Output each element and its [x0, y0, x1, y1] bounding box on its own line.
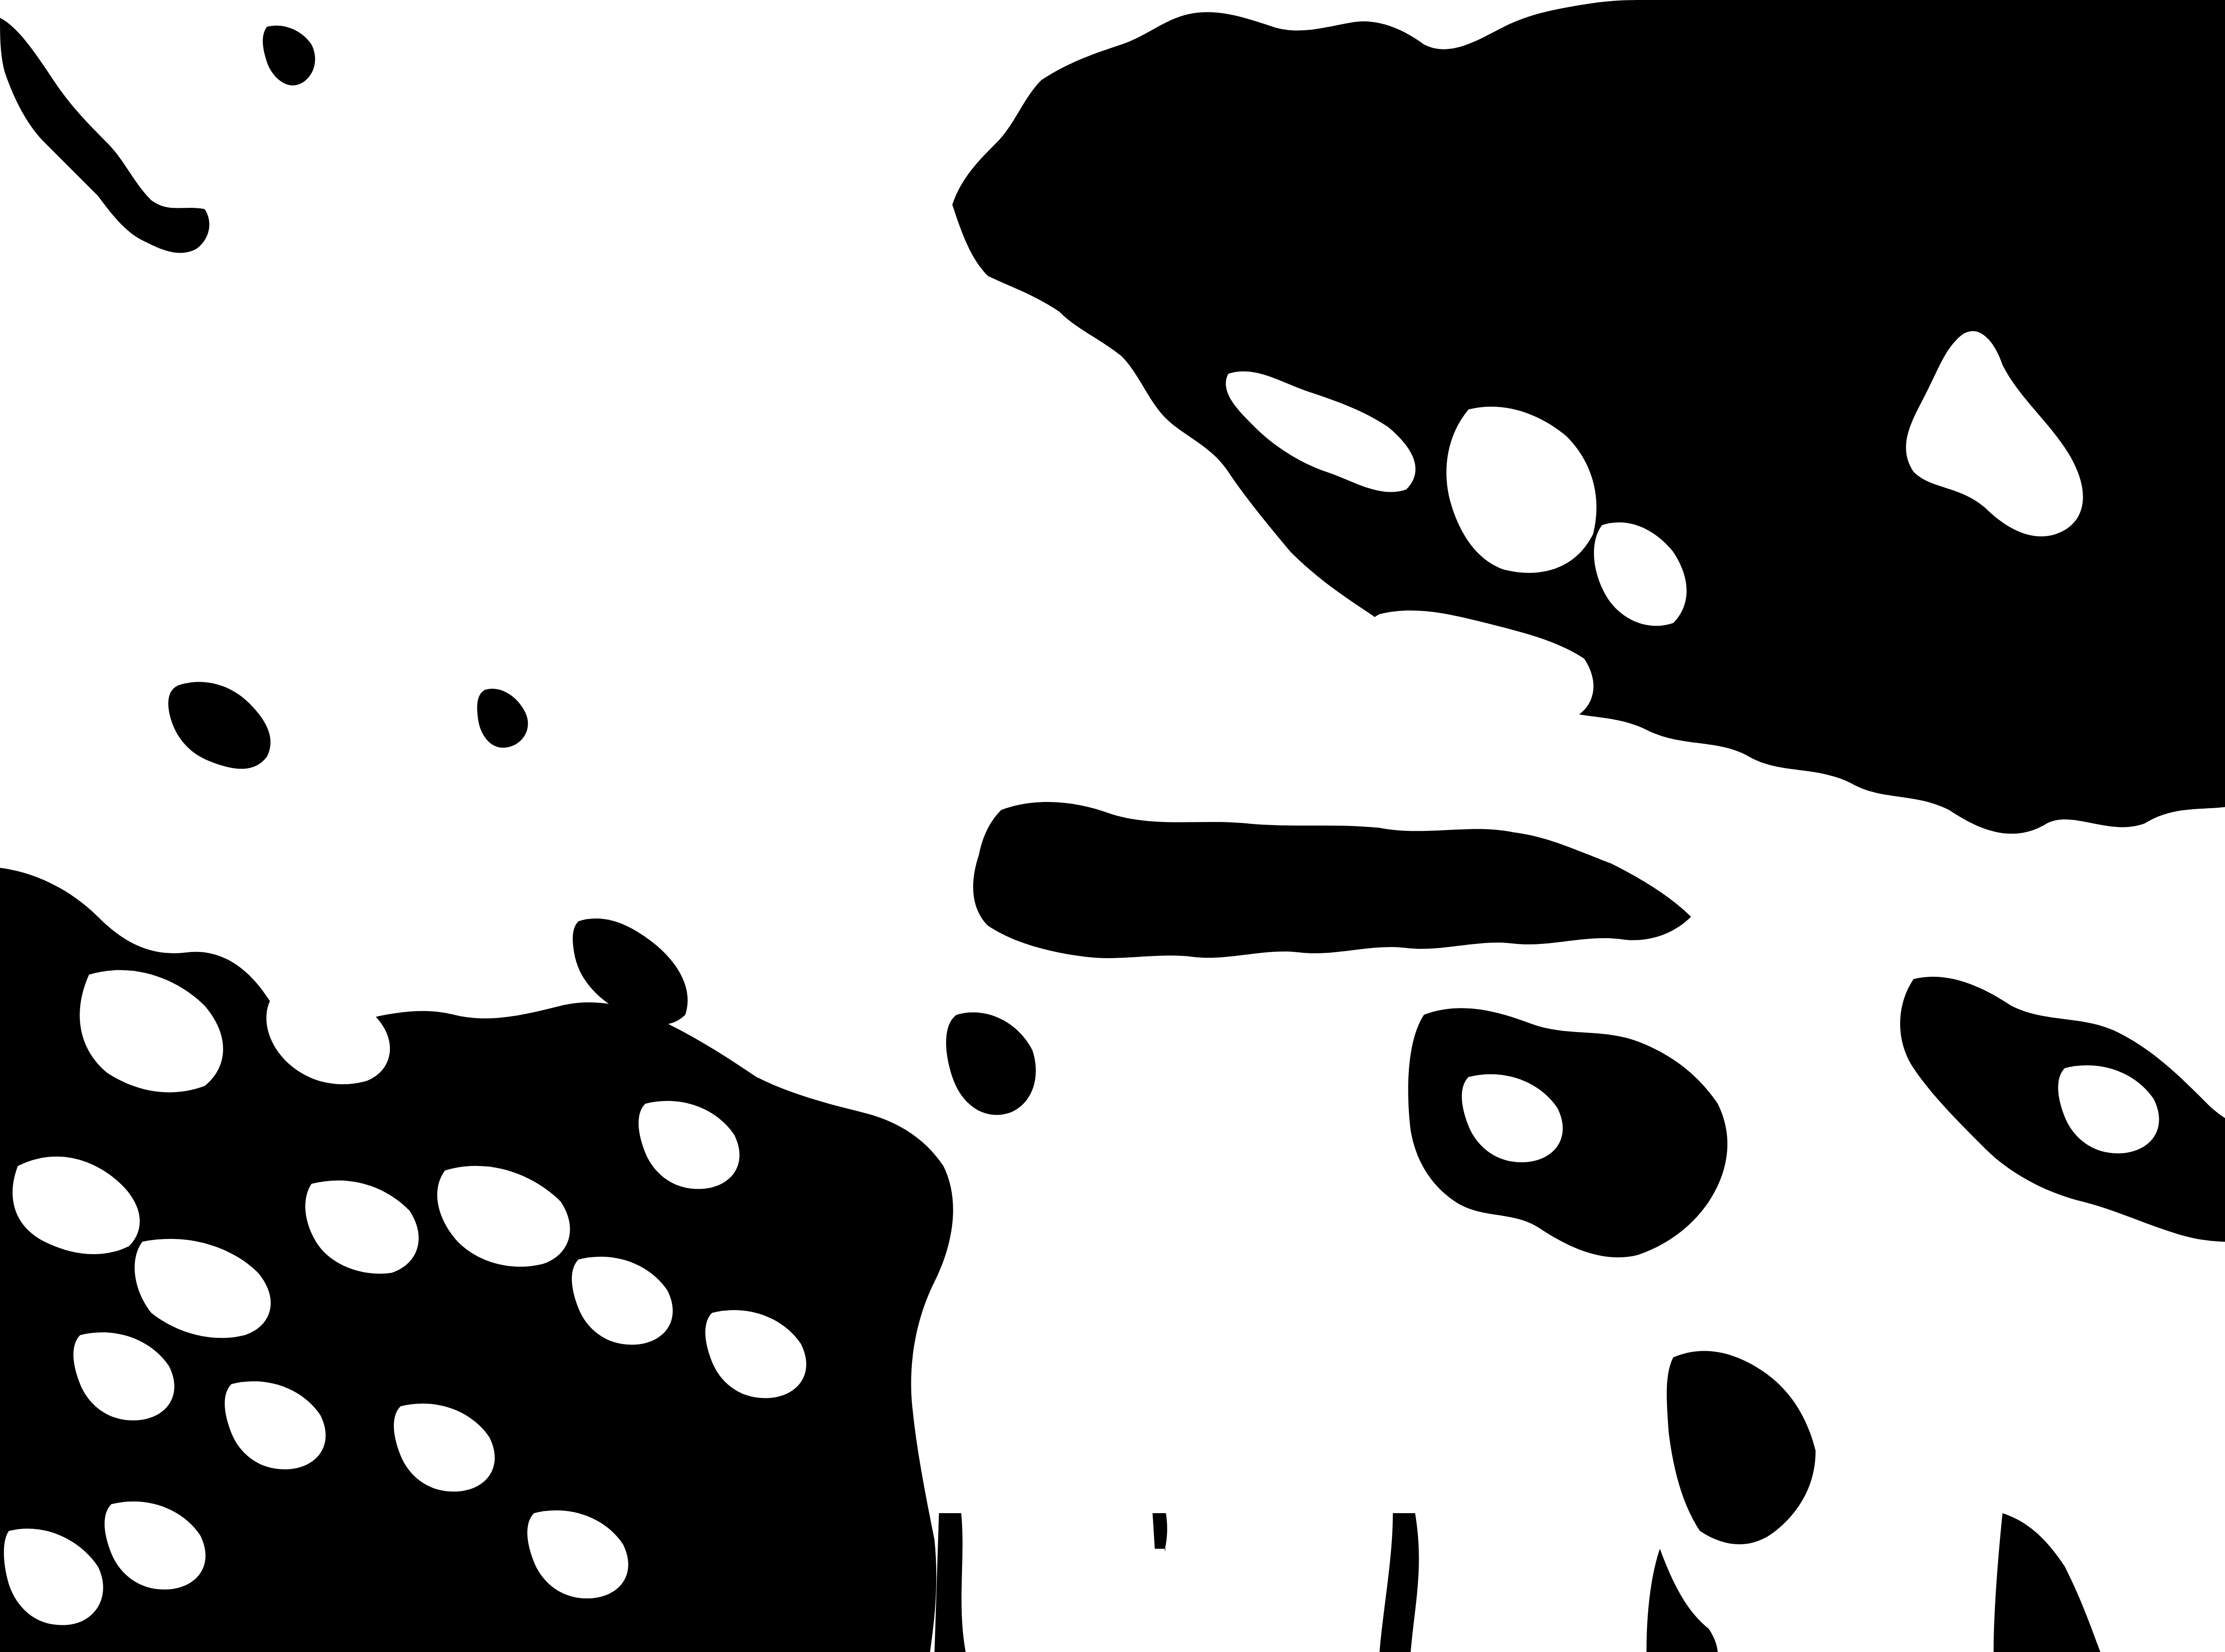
dark-streak-bottom-1	[934, 1513, 966, 1652]
dark-streak-bottom-2	[1153, 1513, 1167, 1551]
binarized-sky-photo	[0, 0, 2225, 1652]
